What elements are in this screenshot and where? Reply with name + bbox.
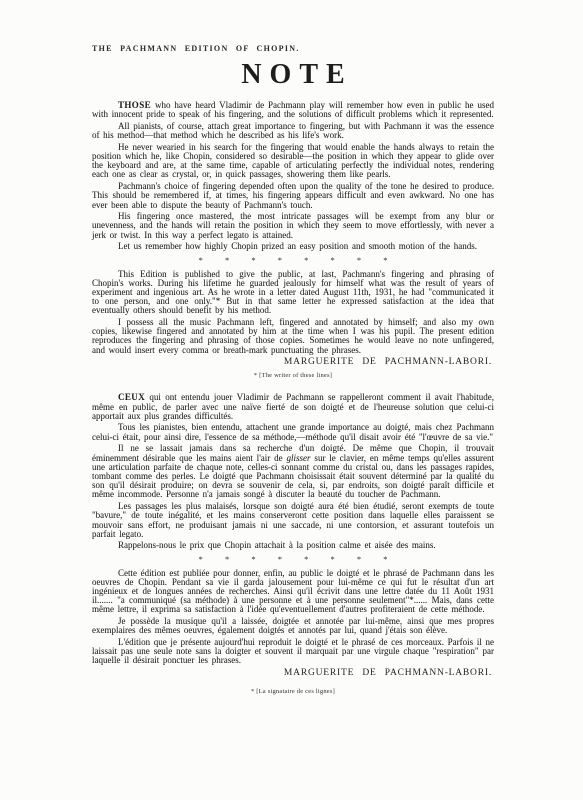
fr-paragraph-8: L'édition que je présente aujourd'hui re… bbox=[92, 638, 494, 666]
fr-paragraph-7: Je possède la musique qu'il a laissée, d… bbox=[92, 617, 494, 635]
fr-paragraph-6: Cette édition est publiée pour donner, e… bbox=[92, 569, 494, 615]
en-paragraph-4: Pachmann's choice of fingering depended … bbox=[92, 182, 494, 210]
en-paragraph-5: His fingering once mastered, the most in… bbox=[92, 212, 494, 240]
en-footnote: * [The writer of these lines] bbox=[92, 372, 494, 379]
english-section: THOSE who have heard Vladimir de Pachman… bbox=[92, 101, 494, 379]
en-paragraph-6: Let us remember how highly Chopin prized… bbox=[92, 242, 494, 251]
fr-paragraph-2: Tous les pianistes, bien entendu, attach… bbox=[92, 423, 494, 441]
book-page: THE PACHMANN EDITION OF CHOPIN. NOTE THO… bbox=[0, 0, 583, 800]
en-paragraph-7: This Edition is published to give the pu… bbox=[92, 270, 494, 316]
french-section: CEUX qui ont entendu jouer Vladimir de P… bbox=[92, 393, 494, 695]
fr-section-separator: * * * * * * * * bbox=[92, 554, 494, 564]
en-signature: MARGUERITE DE PACHMANN-LABORI. bbox=[92, 357, 494, 367]
page-title: NOTE bbox=[92, 59, 494, 91]
en-paragraph-3: He never wearied in his search for the f… bbox=[92, 143, 494, 180]
running-header: THE PACHMANN EDITION OF CHOPIN. bbox=[92, 44, 494, 53]
en-paragraph-1: THOSE who have heard Vladimir de Pachman… bbox=[92, 101, 494, 119]
en-paragraph-1-text: who have heard Vladimir de Pachmann play… bbox=[92, 100, 494, 119]
fr-paragraph-4: Les passages les plus malaisés, lorsque … bbox=[92, 502, 494, 539]
fr-footnote: * [La signataire de ces lignes] bbox=[92, 688, 494, 695]
fr-paragraph-5: Rappelons-nous le prix que Chopin attach… bbox=[92, 541, 494, 550]
en-paragraph-2: All pianists, of course, attach great im… bbox=[92, 122, 494, 140]
en-section-separator: * * * * * * * * bbox=[92, 255, 494, 265]
en-paragraph-8: I possess all the music Pachmann left, f… bbox=[92, 318, 494, 355]
fr-paragraph-3: Il ne se lassait jamais dans sa recherch… bbox=[92, 444, 494, 499]
fr-signature: MARGUERITE DE PACHMANN-LABORI. bbox=[92, 668, 494, 678]
fr-paragraph-1: CEUX qui ont entendu jouer Vladimir de P… bbox=[92, 393, 494, 421]
page-content: THE PACHMANN EDITION OF CHOPIN. NOTE THO… bbox=[92, 44, 494, 695]
fr-paragraph-1-text: qui ont entendu jouer Vladimir de Pachma… bbox=[92, 392, 494, 420]
